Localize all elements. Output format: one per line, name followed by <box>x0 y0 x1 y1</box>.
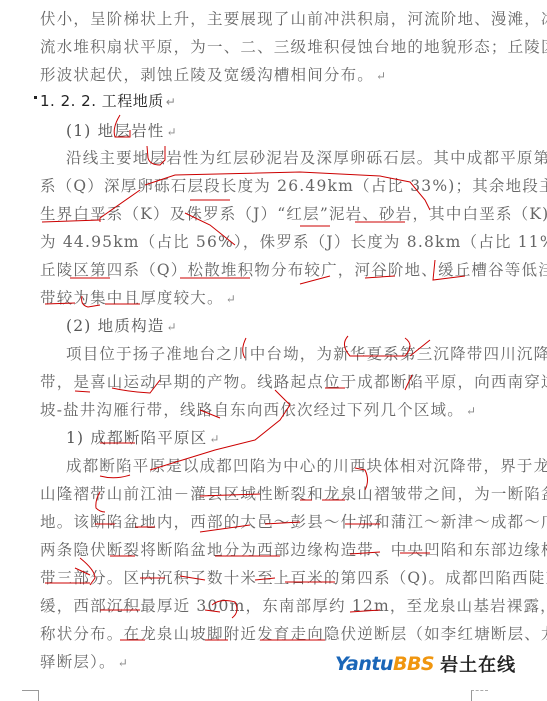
logo-text-bbs: BBS <box>393 653 434 675</box>
document-page: 伏小，呈阶梯状上升，主要展现了山前冲洪积扇，河流阶地、漫滩，冰水- 流水堆积扇状… <box>0 0 547 701</box>
subheading-structure: (2) 地质构造↵ <box>66 316 500 337</box>
body-line-3: 形波状起伏，剥蚀丘陵及宽缓沟槽相间分布。↵ <box>40 65 474 86</box>
page-margin-corner-right <box>471 690 488 701</box>
body-line-18: 山隆褶带山前江油－灌县区域性断裂和龙泉山褶皱带之间，为一断陷盆 <box>40 484 474 504</box>
body-line-2: 流水堆积扇状平原，为一、二、三级堆积侵蚀台地的地貌形态；丘陵区地 <box>40 37 474 57</box>
page-margin-corner-left <box>22 690 39 701</box>
line-text: 驿断层）。 <box>40 653 116 671</box>
section-heading: 1. 2. 2. 工程地质↵ <box>40 91 474 112</box>
body-line-8: 生界白垩系（K）及侏罗系（J）“红层”泥岩、砂岩，其中白垩系（K)长度 <box>40 204 474 224</box>
paragraph-mark-icon: ↵ <box>118 656 129 670</box>
body-line-7: 系（Q）深厚卵砾石层段长度为 26.49km（占比 33%)；其余地段主要为中 <box>40 176 474 196</box>
body-line-1: 伏小，呈阶梯状上升，主要展现了山前冲洪积扇，河流阶地、漫滩，冰水- <box>40 9 474 29</box>
line-text: 坡-盐井沟雁行带，线路自东向西依次经过下列几个区域。 <box>40 401 464 419</box>
subheading-chengdu-plain: 1) 成都断陷平原区↵ <box>66 428 500 449</box>
paragraph-mark-icon: ↵ <box>209 432 220 446</box>
subheading-text: (2) 地质构造 <box>66 317 164 335</box>
body-line-15: 坡-盐井沟雁行带，线路自东向西依次经过下列几个区域。↵ <box>40 400 474 421</box>
subheading-text: (1) 地层岩性 <box>66 122 164 140</box>
body-line-13: 项目位于扬子准地台之川中台坳，为新华夏系第三沉降带四川沉降 <box>66 344 474 364</box>
subheading-strata: (1) 地层岩性↵ <box>66 121 500 142</box>
heading-bullet-icon <box>34 96 37 99</box>
heading-text: 1. 2. 2. 工程地质 <box>40 92 164 110</box>
subheading-text: 1) 成都断陷平原区 <box>66 429 207 447</box>
paragraph-mark-icon: ↵ <box>226 292 237 306</box>
body-line-21: 带三部分。区内沉积了数十米至上百米的第四系（Q)。成都凹陷西陡东 <box>40 568 474 588</box>
body-line-9: 为 44.95km（占比 56%），侏罗系（J）长度为 8.8km（占比 11%… <box>40 232 474 252</box>
body-line-17: 成都断陷平原是以成都凹陷为中心的川西块体相对沉降带，界于龙门 <box>66 456 474 476</box>
paragraph-mark-icon: ↵ <box>166 320 177 334</box>
paragraph-mark-icon: ↵ <box>166 125 177 139</box>
body-line-19: 地。该断陷盆地内，西部的大邑～彭县～什邡和蒲江～新津～成都～广汉 <box>40 512 474 532</box>
line-text: 形波状起伏，剥蚀丘陵及宽缓沟槽相间分布。 <box>40 66 374 84</box>
paragraph-mark-icon: ↵ <box>376 69 387 83</box>
logo-text-chinese: 岩土在线 <box>440 651 516 677</box>
body-line-23: 称状分布。在龙泉山坡脚附近发育走向隐伏逆断层（如李红塘断层、龙泉 <box>40 624 474 644</box>
paragraph-mark-icon: ↵ <box>466 404 477 418</box>
paragraph-mark-icon: ↵ <box>166 95 177 109</box>
body-line-22: 缓，西部沉积最厚近 300m，东南部厚约 12m，至龙泉山基岩裸露，呈不对 <box>40 596 474 616</box>
body-line-10: 丘陵区第四系（Q）松散堆积物分布较广，河谷阶地、缓丘槽谷等低洼地 <box>40 260 474 280</box>
logo-text-yantu: Yantu <box>335 653 393 675</box>
body-line-14: 带，是喜山运动早期的产物。线路起点位于成都断陷平原，向西南穿过熊 <box>40 372 474 392</box>
line-text: 带较为集中且厚度较大。 <box>40 289 224 307</box>
yantubbs-watermark-logo: Yantu BBS 岩土在线 <box>335 651 516 677</box>
body-line-20: 两条隐伏断裂将断陷盆地分为西部边缘构造带、中央凹陷和东部边缘构造 <box>40 540 474 560</box>
body-line-11: 带较为集中且厚度较大。↵ <box>40 288 474 309</box>
body-line-6: 沿线主要地层岩性为红层砂泥岩及深厚卵砾石层。其中成都平原第四 <box>66 148 474 168</box>
